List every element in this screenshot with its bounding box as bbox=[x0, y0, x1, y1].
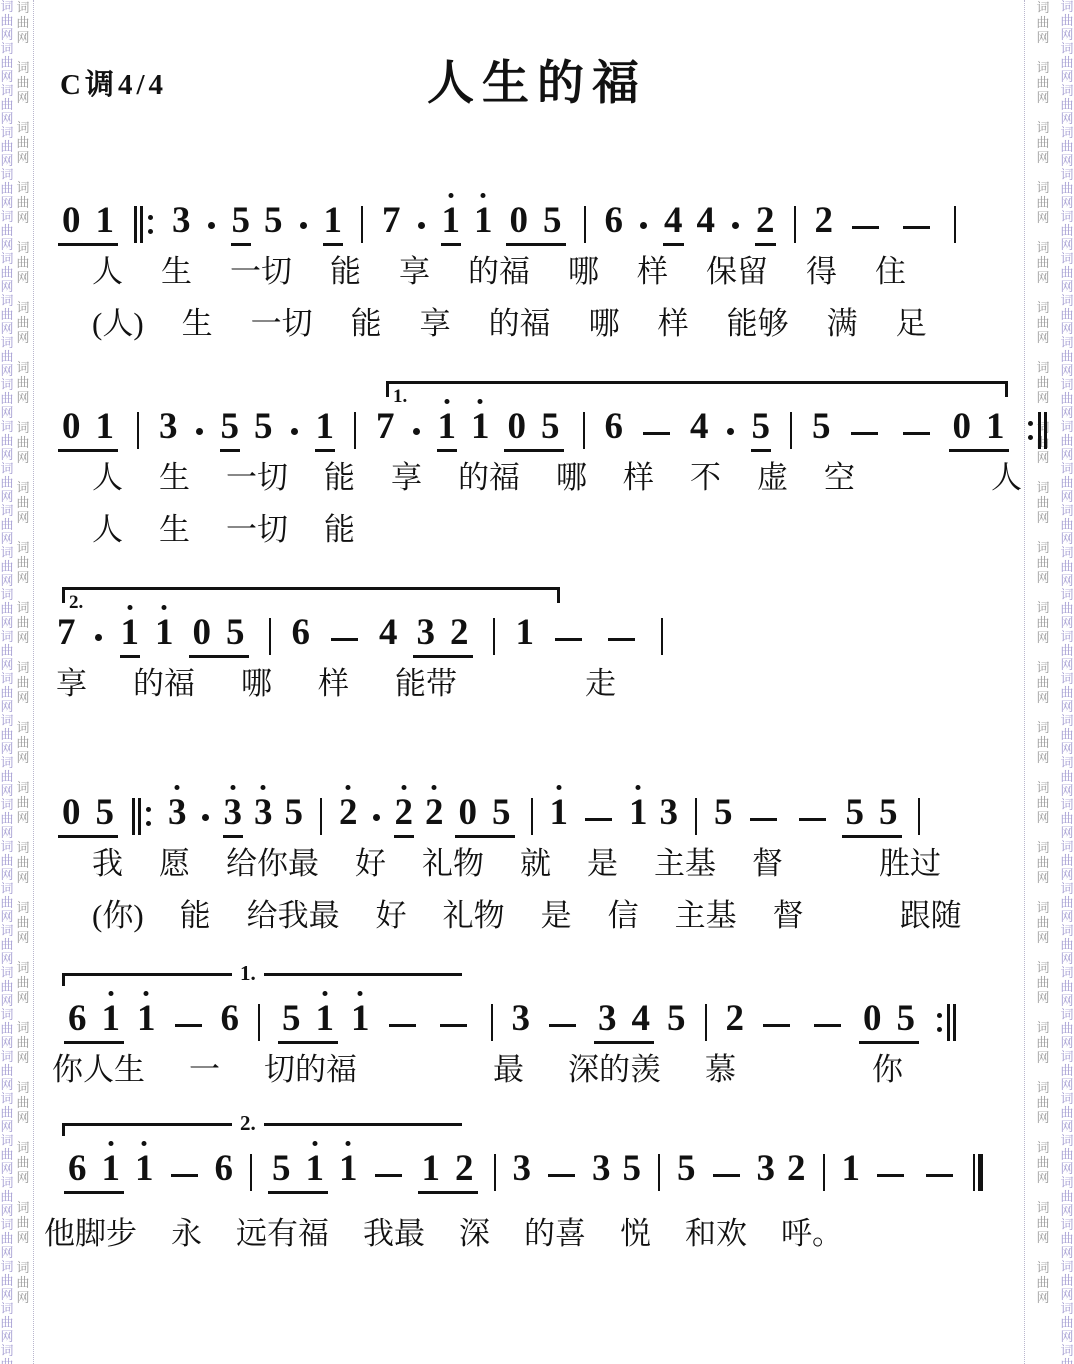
lyric-syllable: 的喜 bbox=[524, 1208, 586, 1253]
lyric-syllable: 我 bbox=[92, 838, 123, 883]
final-bar-thick bbox=[978, 1154, 983, 1191]
barline bbox=[584, 206, 586, 243]
note: 3 bbox=[659, 794, 680, 838]
lyric-syllable: 和欢 bbox=[685, 1208, 747, 1253]
note: 5 bbox=[231, 202, 252, 246]
note-value: 1 bbox=[842, 1150, 861, 1187]
note: 1 bbox=[315, 408, 336, 452]
volta-bracket: 1. bbox=[62, 973, 462, 988]
barline bbox=[705, 1004, 707, 1041]
repeat-dot bbox=[1028, 421, 1033, 426]
note: 1 bbox=[154, 614, 175, 658]
beam-group: 55 bbox=[842, 794, 902, 838]
octave-dot bbox=[444, 399, 449, 404]
barline bbox=[137, 412, 139, 449]
score-header: C调4/4 人生的福 bbox=[0, 0, 1074, 118]
note: 1 bbox=[95, 408, 116, 445]
duration-dash bbox=[440, 1024, 467, 1027]
lyric-syllable: 跟随 bbox=[900, 890, 962, 935]
beam-group: 32 bbox=[413, 614, 473, 658]
note: 0 bbox=[61, 794, 82, 831]
music-line-6: 2.6116511123355321 bbox=[0, 1136, 1074, 1194]
note-value: 5 bbox=[492, 794, 511, 831]
octave-dot bbox=[108, 991, 113, 996]
note: 5 bbox=[271, 1150, 292, 1187]
note: 5 bbox=[622, 1150, 643, 1194]
note-value: 2 bbox=[756, 202, 775, 239]
beam-group: 34 bbox=[594, 1000, 654, 1044]
note: 6 bbox=[604, 408, 625, 452]
note-value: 1 bbox=[137, 1000, 156, 1037]
lyric-syllable: 主基 bbox=[654, 838, 716, 883]
octave-dot bbox=[175, 785, 180, 790]
lyric-syllable: 你人生 bbox=[52, 1044, 145, 1089]
octave-dot bbox=[556, 785, 561, 790]
note: 4 bbox=[689, 408, 710, 452]
note-value: 6 bbox=[221, 1000, 240, 1037]
barline bbox=[790, 412, 792, 449]
lyric-syllable: 慕 bbox=[705, 1044, 736, 1089]
beam-group: 05 bbox=[859, 1000, 919, 1044]
note-value: 2 bbox=[787, 1150, 806, 1187]
note-value: 6 bbox=[605, 202, 624, 239]
note-value: 1 bbox=[351, 1000, 370, 1037]
note: 6 bbox=[220, 1000, 241, 1044]
lyrics-line-2-v1: 人生一切能享的福哪样不虚空人 bbox=[0, 452, 1074, 504]
volta-line-segment bbox=[264, 973, 462, 976]
note-value: 3 bbox=[168, 794, 187, 831]
lyric-syllable: 生 bbox=[161, 246, 192, 291]
sheet-page: { "watermark": { "text": "词曲网" }, "heade… bbox=[0, 0, 1074, 1364]
note: 0 bbox=[192, 614, 213, 651]
note-value: 0 bbox=[193, 614, 212, 651]
beam-group: 05 bbox=[506, 202, 566, 246]
augmentation-dot bbox=[418, 222, 425, 229]
note: 2 bbox=[725, 1000, 746, 1044]
lyric-syllable: 信 bbox=[608, 890, 639, 935]
octave-dot bbox=[478, 399, 483, 404]
volta-label: 2. bbox=[69, 592, 83, 614]
duration-dash bbox=[713, 1174, 740, 1177]
note: 0 bbox=[61, 408, 82, 445]
lyric-syllable: 我最 bbox=[363, 1208, 425, 1253]
lyric-syllable: 住 bbox=[875, 246, 906, 291]
repeat-dot bbox=[146, 821, 151, 826]
augmentation-dot bbox=[208, 222, 215, 229]
note: 1 bbox=[841, 1150, 862, 1194]
note-value: 3 bbox=[512, 1000, 531, 1037]
note: 4 bbox=[631, 1000, 652, 1037]
note-value: 2 bbox=[425, 794, 444, 831]
note-value: 0 bbox=[459, 794, 478, 831]
repeat-bar bbox=[132, 798, 135, 835]
note-value: 5 bbox=[282, 1000, 301, 1037]
duration-dash bbox=[750, 818, 777, 821]
lyric-gap bbox=[780, 1079, 828, 1080]
augmentation-dot bbox=[373, 814, 380, 821]
note-value: 1 bbox=[986, 408, 1005, 445]
beam-group: 05 bbox=[189, 614, 249, 658]
lyric-syllable: 礼物 bbox=[422, 838, 484, 883]
volta-line-segment bbox=[62, 1123, 232, 1126]
lyric-syllable: 哪 bbox=[568, 246, 599, 291]
lyric-syllable: 能 bbox=[180, 890, 211, 935]
note: 6 bbox=[67, 1000, 88, 1037]
note: 0 bbox=[458, 794, 479, 831]
note: 1 bbox=[549, 794, 570, 838]
note-value: 7 bbox=[57, 614, 76, 651]
lyric-syllable: 走 bbox=[585, 658, 616, 703]
note: 7 bbox=[381, 202, 402, 246]
note: 5 bbox=[284, 794, 305, 838]
lyric-gap bbox=[840, 925, 864, 926]
note-value: 0 bbox=[62, 408, 81, 445]
note: 0 bbox=[507, 408, 528, 445]
note: 2 bbox=[814, 202, 835, 246]
note: 0 bbox=[862, 1000, 883, 1037]
lyric-syllable: 深 bbox=[459, 1208, 490, 1253]
octave-dot bbox=[358, 991, 363, 996]
music-line-4: 05333522205113555 bbox=[0, 780, 1074, 838]
lyric-syllable: 能带 bbox=[395, 658, 457, 703]
note-value: 3 bbox=[159, 408, 178, 445]
note-value: 5 bbox=[541, 408, 560, 445]
lyric-syllable: 永 bbox=[171, 1208, 202, 1253]
note-value: 0 bbox=[508, 408, 527, 445]
note-value: 1 bbox=[438, 408, 457, 445]
barline bbox=[918, 798, 920, 835]
lyric-syllable: (你) bbox=[92, 890, 144, 935]
volta-line-segment bbox=[264, 1123, 462, 1126]
barline bbox=[491, 1004, 493, 1041]
repeat-bar bbox=[953, 1004, 956, 1041]
note-value: 5 bbox=[812, 408, 831, 445]
barline bbox=[531, 798, 533, 835]
lyric-syllable: 好 bbox=[355, 838, 386, 883]
note-value: 1 bbox=[316, 408, 335, 445]
note-value: 1 bbox=[102, 1150, 121, 1187]
note-value: 1 bbox=[121, 614, 140, 651]
augmentation-dot bbox=[202, 814, 209, 821]
duration-dash bbox=[877, 1174, 904, 1177]
final-bar-thin bbox=[973, 1154, 975, 1191]
lyric-syllable: 得 bbox=[806, 246, 837, 291]
repeat-bar bbox=[947, 1004, 950, 1041]
note: 1 bbox=[515, 614, 536, 658]
lyric-syllable: 哪 bbox=[556, 452, 587, 497]
note: 1 bbox=[350, 1000, 371, 1044]
note: 5 bbox=[845, 794, 866, 831]
repeat-dot bbox=[146, 807, 151, 812]
note-value: 0 bbox=[863, 1000, 882, 1037]
barline bbox=[954, 206, 956, 243]
note-value: 5 bbox=[264, 202, 283, 239]
note-value: 3 bbox=[598, 1000, 617, 1037]
note-value: 5 bbox=[752, 408, 771, 445]
note-value: 5 bbox=[846, 794, 865, 831]
beam-group: 05 bbox=[58, 794, 118, 838]
note-value: 3 bbox=[172, 202, 191, 239]
augmentation-dot bbox=[413, 428, 420, 435]
barline bbox=[658, 1154, 660, 1191]
lyric-syllable: 的福 bbox=[133, 658, 195, 703]
repeat-bar bbox=[140, 206, 143, 243]
note-value: 4 bbox=[690, 408, 709, 445]
note: 5 bbox=[253, 408, 274, 452]
note-value: 1 bbox=[516, 614, 535, 651]
note-value: 1 bbox=[550, 794, 569, 831]
note-value: 3 bbox=[513, 1150, 532, 1187]
note: 3 bbox=[167, 794, 188, 838]
note: 1 bbox=[136, 1000, 157, 1044]
note: 1 bbox=[421, 1150, 442, 1187]
lyric-gap bbox=[401, 1079, 449, 1080]
lyric-syllable: 给你最 bbox=[226, 838, 319, 883]
note-value: 6 bbox=[215, 1150, 234, 1187]
duration-dash bbox=[608, 638, 635, 641]
volta-label: 1. bbox=[393, 386, 407, 408]
duration-dash bbox=[814, 1024, 841, 1027]
duration-dash bbox=[171, 1174, 198, 1177]
note: 5 bbox=[878, 794, 899, 831]
note: 3 bbox=[512, 1150, 533, 1194]
note-value: 1 bbox=[629, 794, 648, 831]
note: 5 bbox=[281, 1000, 302, 1037]
note-value: 1 bbox=[471, 408, 490, 445]
beam-group: 01 bbox=[58, 408, 118, 452]
duration-dash bbox=[926, 1174, 953, 1177]
note-value: 1 bbox=[306, 1150, 325, 1187]
lyric-syllable: 悦 bbox=[620, 1208, 651, 1253]
note: 1 bbox=[120, 614, 141, 658]
lyric-syllable: 人 bbox=[92, 452, 123, 497]
lyrics-line-6-v1: 他脚步永远有福我最深的喜悦和欢呼。 bbox=[0, 1208, 1074, 1260]
repeat-dot bbox=[148, 215, 153, 220]
repeat-begin bbox=[134, 206, 155, 243]
duration-dash bbox=[903, 432, 930, 435]
note-value: 5 bbox=[543, 202, 562, 239]
note-value: 5 bbox=[714, 794, 733, 831]
volta-line-segment bbox=[62, 973, 232, 976]
duration-dash bbox=[799, 818, 826, 821]
note-value: 5 bbox=[226, 614, 245, 651]
barline bbox=[494, 1154, 496, 1191]
duration-dash bbox=[852, 226, 879, 229]
augmentation-dot bbox=[300, 222, 307, 229]
duration-dash bbox=[763, 1024, 790, 1027]
final-barline bbox=[973, 1154, 983, 1191]
augmentation-dot bbox=[291, 428, 298, 435]
octave-dot bbox=[322, 991, 327, 996]
lyrics-line-5-v1: 你人生一切的福最深的羡慕你 bbox=[0, 1044, 1074, 1096]
lyric-syllable: 的福 bbox=[489, 298, 551, 343]
octave-dot bbox=[448, 193, 453, 198]
music-line-1: 0135517110564422 bbox=[0, 188, 1074, 246]
note-value: 7 bbox=[376, 408, 395, 445]
lyric-syllable: 人 bbox=[92, 246, 123, 291]
note: 5 bbox=[676, 1150, 697, 1194]
note: 4 bbox=[696, 202, 717, 246]
note: 0 bbox=[952, 408, 973, 445]
beam-group: 51 bbox=[268, 1150, 328, 1194]
note: 6 bbox=[604, 202, 625, 246]
repeat-bar bbox=[138, 798, 141, 835]
note-value: 5 bbox=[221, 408, 240, 445]
repeat-dot bbox=[937, 1027, 942, 1032]
note: 4 bbox=[663, 202, 684, 246]
lyric-syllable: 能够 bbox=[727, 298, 789, 343]
lyric-syllable: 空 bbox=[824, 452, 855, 497]
lyric-syllable: 胜过 bbox=[879, 838, 941, 883]
score-line-6: 2.6116511123355321他脚步永远有福我最深的喜悦和欢呼。 bbox=[0, 1136, 1074, 1260]
octave-dot bbox=[261, 785, 266, 790]
lyric-syllable: 能 bbox=[351, 298, 382, 343]
score-line-5: 1.61165113345205你人生一切的福最深的羡慕你 bbox=[0, 986, 1074, 1096]
lyric-syllable: 享 bbox=[391, 452, 422, 497]
volta-bracket: 1. bbox=[386, 381, 1008, 399]
duration-dash bbox=[851, 432, 878, 435]
augmentation-dot bbox=[95, 634, 102, 641]
note: 3 bbox=[158, 408, 179, 452]
beam-group: 61 bbox=[64, 1150, 124, 1194]
score-line-2: 1.01355171105645501人生一切能享的福哪样不虚空人人生一切能 bbox=[0, 394, 1074, 556]
lyric-syllable: 生 bbox=[159, 504, 190, 549]
note: 2 bbox=[338, 794, 359, 838]
lyric-syllable: 能 bbox=[324, 452, 355, 497]
note: 7 bbox=[375, 408, 396, 452]
lyric-syllable: 是 bbox=[541, 890, 572, 935]
lyric-syllable: 主基 bbox=[675, 890, 737, 935]
note: 1 bbox=[985, 408, 1006, 445]
lyrics-line-4-v2: (你)能给我最好礼物是信主基督跟随 bbox=[0, 890, 1074, 942]
barline bbox=[823, 1154, 825, 1191]
lyric-syllable: 生 bbox=[182, 298, 213, 343]
score-page: C调4/4 人生的福 0135517110564422人生一切能享的福哪样保留得… bbox=[0, 0, 1074, 1260]
note: 3 bbox=[511, 1000, 532, 1044]
note: 5 bbox=[542, 202, 563, 239]
repeat-dot bbox=[1028, 435, 1033, 440]
lyric-syllable: 一切 bbox=[226, 504, 288, 549]
lyric-syllable: 一切 bbox=[226, 452, 288, 497]
repeat-end bbox=[935, 1004, 956, 1041]
lyric-syllable: 远有福 bbox=[236, 1208, 329, 1253]
repeat-colon bbox=[148, 206, 153, 243]
note: 2 bbox=[454, 1150, 475, 1187]
note-value: 4 bbox=[379, 614, 398, 651]
lyric-syllable: 切的福 bbox=[264, 1044, 357, 1089]
lyric-syllable: 享 bbox=[399, 246, 430, 291]
lyric-gap bbox=[503, 693, 539, 694]
note: 5 bbox=[491, 794, 512, 831]
note-value: 2 bbox=[450, 614, 469, 651]
lyric-syllable: 最 bbox=[493, 1044, 524, 1089]
note-value: 1 bbox=[324, 202, 343, 239]
repeat-bar bbox=[134, 206, 137, 243]
lyric-gap bbox=[819, 873, 843, 874]
note: 5 bbox=[751, 408, 772, 452]
note-value: 2 bbox=[395, 794, 414, 831]
note-value: 6 bbox=[68, 1000, 87, 1037]
lyric-syllable: 给我最 bbox=[247, 890, 340, 935]
octave-dot bbox=[162, 605, 167, 610]
note: 5 bbox=[263, 202, 284, 246]
octave-dot bbox=[432, 785, 437, 790]
note: 1 bbox=[470, 408, 491, 452]
lyric-gap bbox=[891, 487, 955, 488]
score-line-1: 0135517110564422人生一切能享的福哪样保留得住(人)生一切能享的福… bbox=[0, 188, 1074, 350]
lyric-syllable: 享 bbox=[56, 658, 87, 703]
volta-label: 2. bbox=[240, 1113, 256, 1134]
music-line-5: 1.61165113345205 bbox=[0, 986, 1074, 1044]
note-value: 5 bbox=[96, 794, 115, 831]
note-value: 5 bbox=[897, 1000, 916, 1037]
note-value: 6 bbox=[292, 614, 311, 651]
barline bbox=[661, 618, 663, 655]
note: 5 bbox=[666, 1000, 687, 1044]
barline bbox=[794, 206, 796, 243]
lyric-syllable: 保留 bbox=[706, 246, 768, 291]
lyric-syllable: 人 bbox=[991, 452, 1022, 497]
note-value: 3 bbox=[254, 794, 273, 831]
barline bbox=[354, 412, 356, 449]
lyric-syllable: 虚 bbox=[757, 452, 788, 497]
lyric-syllable: 不 bbox=[690, 452, 721, 497]
note-value: 0 bbox=[953, 408, 972, 445]
lyric-syllable: 督 bbox=[773, 890, 804, 935]
note: 5 bbox=[95, 794, 116, 831]
duration-dash bbox=[549, 1024, 576, 1027]
augmentation-dot bbox=[732, 222, 739, 229]
note: 1 bbox=[628, 794, 649, 838]
score-line-3: 2.7110564321享的福哪样能带走 bbox=[0, 600, 1074, 710]
note: 3 bbox=[171, 202, 192, 246]
barline bbox=[583, 412, 585, 449]
note: 1 bbox=[441, 202, 462, 246]
note: 0 bbox=[509, 202, 530, 239]
note: 1 bbox=[95, 202, 116, 239]
lyric-syllable: 样 bbox=[658, 298, 689, 343]
barline bbox=[695, 798, 697, 835]
barline bbox=[250, 1154, 252, 1191]
note-value: 5 bbox=[272, 1150, 291, 1187]
lyric-syllable: 样 bbox=[318, 658, 349, 703]
note: 5 bbox=[220, 408, 241, 452]
note-value: 3 bbox=[660, 794, 679, 831]
octave-dot bbox=[144, 991, 149, 996]
lyrics-line-1-v1: 人生一切能享的福哪样保留得住 bbox=[0, 246, 1074, 298]
note: 6 bbox=[291, 614, 312, 658]
lyrics-line-4-v1: 我愿给你最好礼物就是主基督胜过 bbox=[0, 838, 1074, 890]
octave-dot bbox=[346, 1141, 351, 1146]
repeat-begin bbox=[132, 798, 153, 835]
note: 1 bbox=[473, 202, 494, 246]
octave-dot bbox=[401, 785, 406, 790]
note-value: 5 bbox=[285, 794, 304, 831]
repeat-end bbox=[1026, 412, 1047, 449]
note-value: 5 bbox=[677, 1150, 696, 1187]
barline bbox=[258, 1004, 260, 1041]
note: 1 bbox=[101, 1000, 122, 1037]
lyric-syllable: 愿 bbox=[159, 838, 190, 883]
duration-dash bbox=[643, 432, 670, 435]
repeat-dot bbox=[148, 229, 153, 234]
octave-dot bbox=[481, 193, 486, 198]
note-value: 2 bbox=[726, 1000, 745, 1037]
note: 1 bbox=[101, 1150, 122, 1187]
duration-dash bbox=[389, 1024, 416, 1027]
note-value: 2 bbox=[339, 794, 358, 831]
note: 6 bbox=[214, 1150, 235, 1194]
